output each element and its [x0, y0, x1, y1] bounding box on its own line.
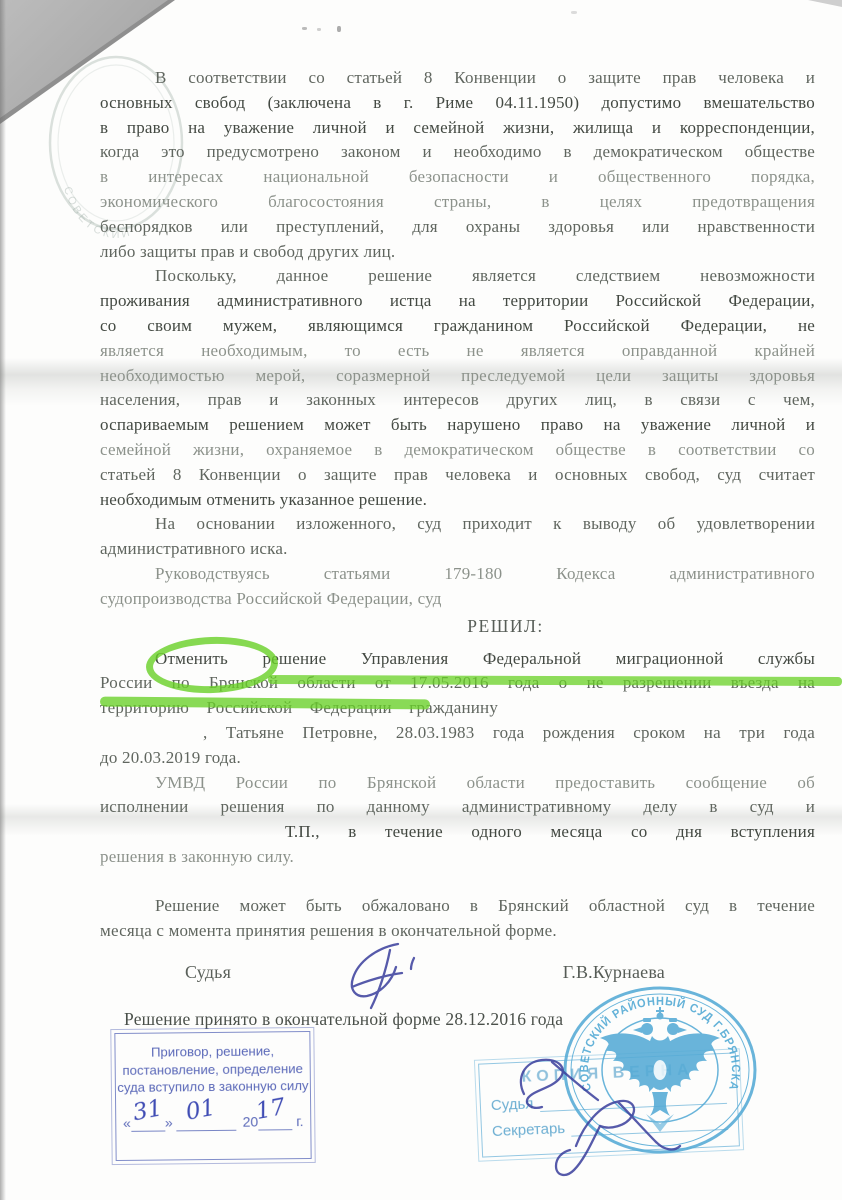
text-line: решения в законную силу. [100, 845, 815, 870]
double-eagle-icon [600, 1007, 720, 1132]
quote-mark: « [123, 1114, 131, 1132]
legal-force-stamp-date: « 31 » 01 20 17 г. [116, 1112, 310, 1132]
year-suffix: г. [296, 1113, 303, 1131]
text-line: когда это предусмотрено законом и необхо… [100, 140, 815, 165]
text-line: необходимым отменить указанное решение. [100, 488, 815, 513]
year-blank: 17 [258, 1113, 292, 1130]
handwritten-day: 31 [131, 1100, 163, 1123]
judge-label: Судья [185, 959, 231, 985]
scan-speck [317, 28, 321, 31]
text-line: со своим мужем, являющимся гражданином Р… [100, 314, 815, 339]
text-line: УМВД России по Брянской области предоста… [100, 771, 815, 796]
document-body: В соответствии со статьей 8 Конвенции о … [100, 66, 815, 1030]
scanned-court-decision-page: СОВЕТСКИЙ В соответствии со статьей 8 Ко… [0, 0, 842, 1200]
text-line: до 20.03.2019 года. [100, 746, 815, 771]
paragraph-conclusion: На основании изложенного, суд приходит к… [100, 512, 815, 562]
text-line: Решение может быть обжаловано в Брянский… [100, 894, 815, 919]
legal-force-stamp-line: Приговор, решение, [115, 1042, 309, 1062]
scan-speck [302, 27, 307, 30]
scan-speck [337, 26, 341, 32]
text-line: необходимостью мерой, соразмерной пресле… [100, 364, 815, 389]
text-line: На основании изложенного, суд приходит к… [100, 512, 815, 537]
quote-mark: » [165, 1114, 173, 1132]
scan-speck [571, 11, 577, 14]
scan-corner-top-right [808, 0, 842, 7]
handwritten-month: 01 [185, 1100, 217, 1123]
paragraph-reasoning: Поскольку, данное решение является следс… [100, 264, 815, 512]
text-line: оспариваемым решением может быть нарушен… [100, 413, 815, 438]
text-line: в право на уважение личной и семейной жи… [100, 116, 815, 141]
court-round-seal: СОВЕТСКИЙ РАЙОННЫЙ СУД Г.БРЯНСКА [560, 984, 760, 1156]
text-line: либо защиты прав и свобод других лиц. [100, 240, 815, 265]
legal-force-stamp-line: постановление, определение [116, 1059, 310, 1079]
text-line: Руководствуясь статьями 179-180 Кодекса … [100, 562, 815, 587]
copy-stamp-secretary-label: Секретарь [492, 1120, 566, 1140]
day-blank: 31 [131, 1115, 165, 1132]
text-line: , Татьяне Петровне, 28.03.1983 года рожд… [100, 721, 815, 746]
signature-row: Судья Г.В.Курнаева [100, 959, 815, 985]
paragraph-appeal: Решение может быть обжаловано в Брянский… [100, 894, 815, 944]
paragraph-umvd-obligation: УМВД России по Брянской области предоста… [100, 771, 815, 870]
printed-century: 20 [243, 1113, 259, 1131]
text-line: административного иска. [100, 537, 815, 562]
judge-name: Г.В.Курнаева [563, 959, 665, 985]
text-line: в интересах национальной безопасности и … [100, 165, 815, 190]
text-line: семейной жизни, охраняемое в демократиче… [100, 438, 815, 463]
scan-left-edge-shadow [0, 0, 6, 1200]
text-line: статьей 8 Конвенции о защите прав челове… [100, 463, 815, 488]
text-line: является необходимым, то есть не являетс… [100, 339, 815, 364]
copy-stamp-judge-label: Судья [491, 1095, 534, 1114]
text-line: судопроизводства Российской Федерации, с… [100, 587, 815, 612]
text-line: В соответствии со статьей 8 Конвенции о … [100, 66, 815, 91]
text-line: Поскольку, данное решение является следс… [100, 264, 815, 289]
text-line: месяца с момента принятия решения в окон… [100, 919, 815, 944]
month-blank: 01 [177, 1114, 237, 1132]
text-line: основных свобод (заключена в г. Риме 04.… [100, 91, 815, 116]
text-line: исполнении решения по данному администра… [100, 795, 815, 820]
text-line: экономического благосостояния страны, в … [100, 190, 815, 215]
ruling-heading: РЕШИЛ: [148, 614, 842, 639]
text-line: Т.П., в течение одного месяца со дня вст… [100, 820, 815, 845]
handwritten-year: 17 [255, 1099, 287, 1122]
text-line: населения, прав и законных интересов дру… [100, 388, 815, 413]
text-line: проживания административного истца на те… [100, 289, 815, 314]
legal-force-stamp: Приговор, решение, постановление, опреде… [114, 1031, 311, 1161]
paragraph-convention: В соответствии со статьей 8 Конвенции о … [100, 66, 815, 264]
text-line: беспорядков или преступлений, для охраны… [100, 215, 815, 240]
paragraph-statutes: Руководствуясь статьями 179-180 Кодекса … [100, 562, 815, 612]
